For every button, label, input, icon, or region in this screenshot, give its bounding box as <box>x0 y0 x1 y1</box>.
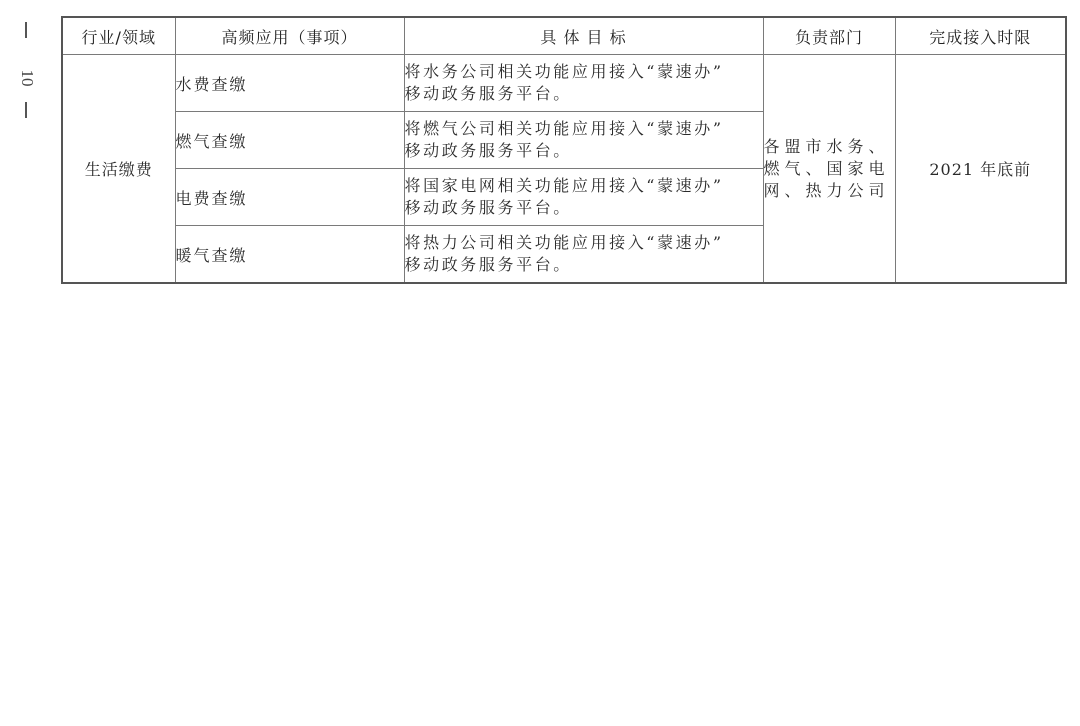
goal-line: 将国家电网相关功能应用接入“蒙速办” <box>405 175 763 197</box>
page-dash-top <box>25 22 27 38</box>
table-header-row: 行业/领域 高频应用（事项） 具 体 目 标 负责部门 完成接入时限 <box>62 17 1066 55</box>
header-deadline: 完成接入时限 <box>895 17 1066 55</box>
item-cell: 暖气查缴 <box>175 226 404 284</box>
category-cell: 生活缴费 <box>62 55 175 284</box>
goal-line: 移动政务服务平台。 <box>405 83 763 105</box>
goal-cell: 将热力公司相关功能应用接入“蒙速办” 移动政务服务平台。 <box>404 226 763 284</box>
goal-line: 移动政务服务平台。 <box>405 254 763 276</box>
goal-line: 将水务公司相关功能应用接入“蒙速办” <box>405 61 763 83</box>
header-industry: 行业/领域 <box>62 17 175 55</box>
goal-cell: 将国家电网相关功能应用接入“蒙速办” 移动政务服务平台。 <box>404 169 763 226</box>
goal-cell: 将水务公司相关功能应用接入“蒙速办” 移动政务服务平台。 <box>404 55 763 112</box>
item-cell: 燃气查缴 <box>175 112 404 169</box>
item-cell: 电费查缴 <box>175 169 404 226</box>
page-dash-bottom <box>25 102 27 118</box>
goal-line: 将热力公司相关功能应用接入“蒙速办” <box>405 232 763 254</box>
department-cell: 各盟市水务、燃气、国家电网、热力公司 <box>763 55 895 284</box>
header-goal: 具 体 目 标 <box>404 17 763 55</box>
goal-line: 将燃气公司相关功能应用接入“蒙速办” <box>405 118 763 140</box>
targets-table: 行业/领域 高频应用（事项） 具 体 目 标 负责部门 完成接入时限 生活缴费 … <box>61 16 1067 284</box>
goal-line: 移动政务服务平台。 <box>405 197 763 219</box>
table-row: 生活缴费 水费查缴 将水务公司相关功能应用接入“蒙速办” 移动政务服务平台。 各… <box>62 55 1066 112</box>
page-number-text: 10 <box>15 66 39 90</box>
header-application: 高频应用（事项） <box>175 17 404 55</box>
page-number: 10 <box>12 22 42 122</box>
goal-line: 移动政务服务平台。 <box>405 140 763 162</box>
item-cell: 水费查缴 <box>175 55 404 112</box>
header-department: 负责部门 <box>763 17 895 55</box>
deadline-cell: 2021 年底前 <box>895 55 1066 284</box>
goal-cell: 将燃气公司相关功能应用接入“蒙速办” 移动政务服务平台。 <box>404 112 763 169</box>
